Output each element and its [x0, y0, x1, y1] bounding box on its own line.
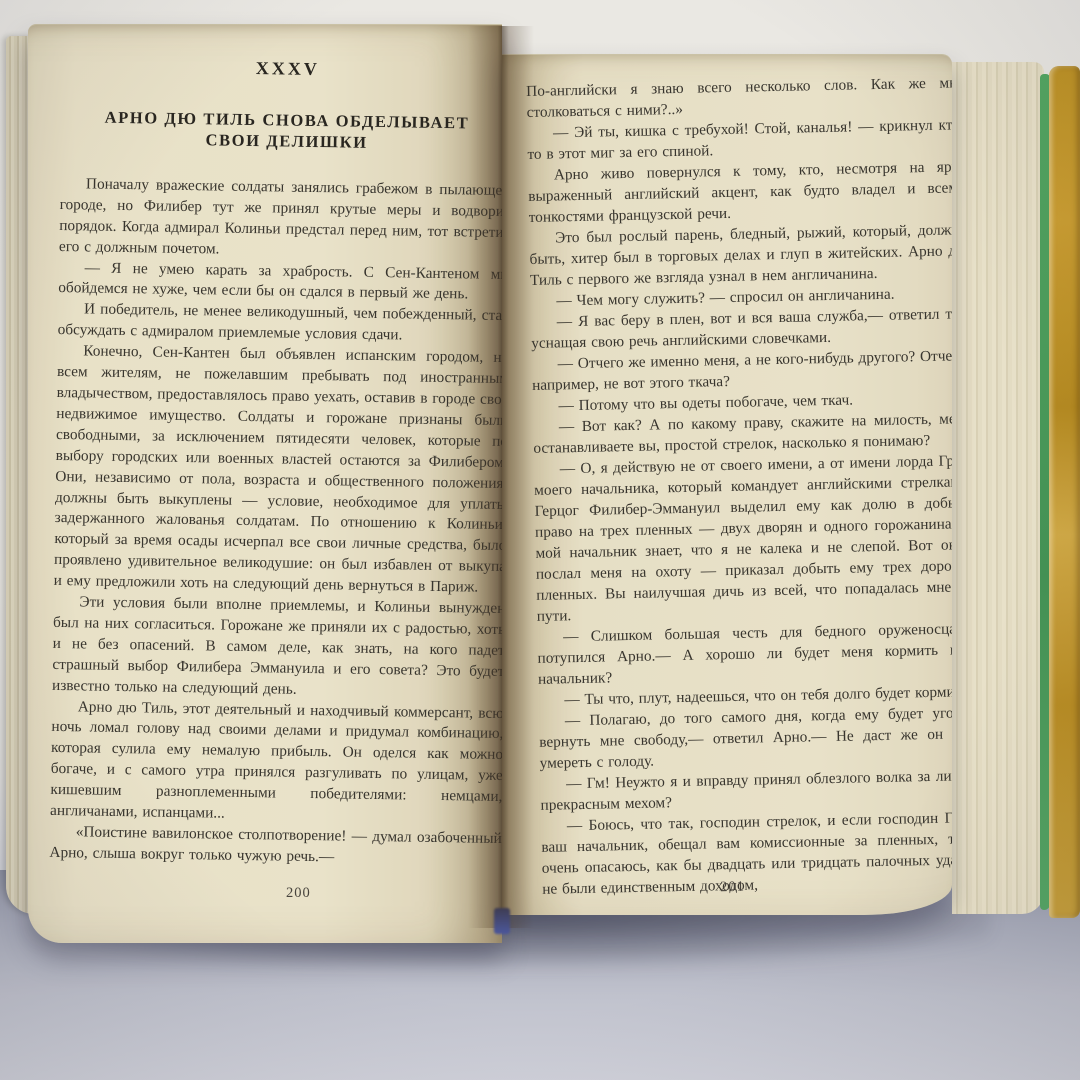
left-page-text: XXXV АРНО ДЮ ТИЛЬ СНОВА ОБДЕЛЫВАЕТСВОИ Д…	[49, 55, 502, 871]
paragraph: Арно дю Тиль, этот деятельный и находчив…	[50, 696, 502, 829]
paragraph: «Поистине вавилонское столпотворение! — …	[49, 822, 502, 871]
paragraph: — О, я действую не от своего имени, а от…	[534, 450, 952, 627]
chapter-title: АРНО ДЮ ТИЛЬ СНОВА ОБДЕЛЫВАЕТСВОИ ДЕЛИШК…	[61, 106, 502, 155]
paragraph: Эти условия были вполне приемлемы, и Кол…	[52, 592, 502, 704]
paragraph: И победитель, не менее великодушный, чем…	[58, 299, 502, 348]
paragraph: — Слишком большая честь для бедного оруж…	[537, 618, 952, 690]
right-page-edges	[952, 62, 1044, 914]
paragraph: Поначалу вражеские солдаты занялись граб…	[59, 174, 502, 265]
paragraph: — Полагаю, до того самого дня, когда ему…	[539, 702, 952, 774]
page-number-right: 201	[720, 877, 745, 898]
book-photo: XXXV АРНО ДЮ ТИЛЬ СНОВА ОБДЕЛЫВАЕТСВОИ Д…	[0, 0, 1080, 1080]
page-number-left: 200	[286, 885, 311, 902]
paragraph: Арно живо повернулся к тому, кто, несмот…	[528, 156, 952, 228]
paragraph: Конечно, Сен-Кантен был объявлен испанск…	[54, 341, 502, 599]
chapter-number: XXXV	[62, 55, 502, 83]
left-page: XXXV АРНО ДЮ ТИЛЬ СНОВА ОБДЕЛЫВАЕТСВОИ Д…	[28, 24, 502, 943]
paragraph: Это был рослый парень, бледный, рыжий, к…	[529, 219, 952, 291]
chapter-title-line2: СВОИ ДЕЛИШКИ	[205, 130, 367, 152]
right-page-text: По-английски я знаю всего несколько слов…	[526, 72, 952, 900]
right-page: По-английски я знаю всего несколько слов…	[502, 54, 952, 915]
spine-binding-notch	[494, 908, 510, 934]
cover-gold-edge	[1049, 66, 1080, 918]
paragraph: — Боюсь, что так, господин стрелок, и ес…	[541, 807, 952, 900]
chapter-title-line1: АРНО ДЮ ТИЛЬ СНОВА ОБДЕЛЫВАЕТ	[105, 108, 470, 133]
paragraph: — Я не умею карать за храбрость. С Сен-К…	[58, 258, 502, 307]
